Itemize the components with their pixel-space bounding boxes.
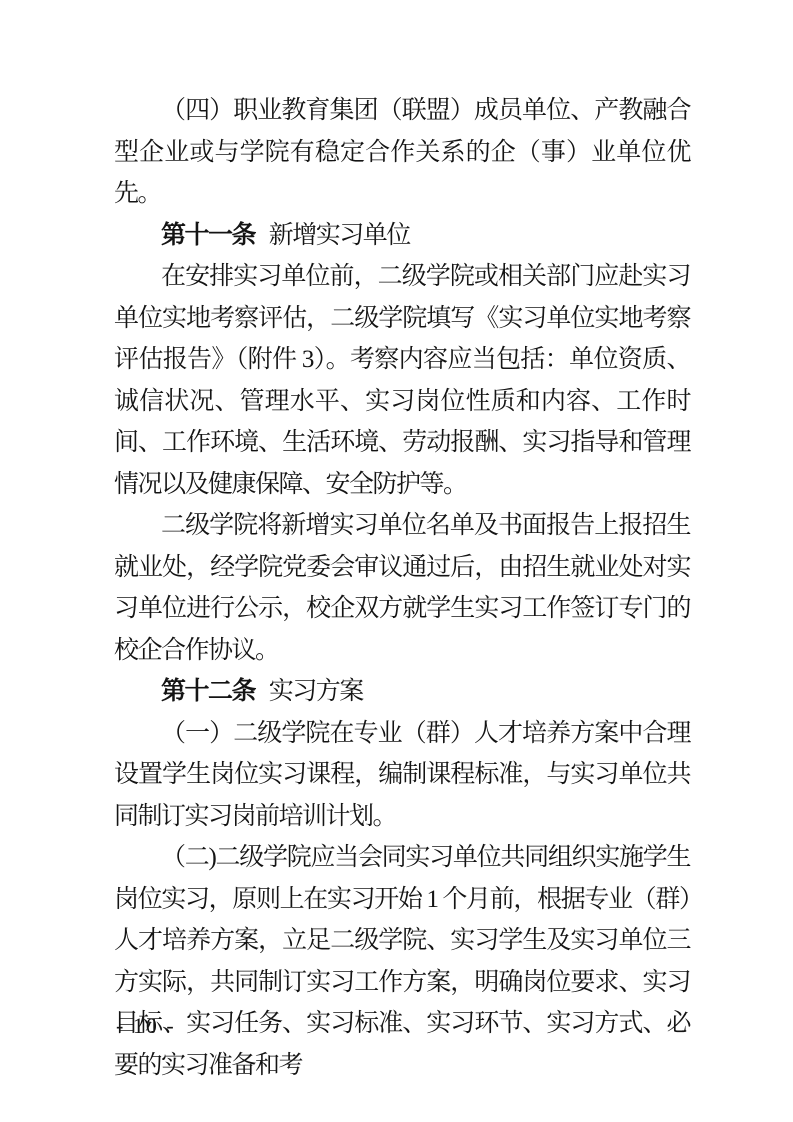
paragraph-article-11-inspection: 在安排实习单位前，二级学院或相关部门应赴实习单位实地考察评估，二级学院填写《实习…: [114, 256, 690, 505]
document-page: （四）职业教育集团（联盟）成员单位、产教融合型企业或与学院有稳定合作关系的企（事…: [0, 0, 793, 1122]
page-number: - 10 -: [116, 1012, 176, 1040]
document-body: （四）职业教育集团（联盟）成员单位、产教融合型企业或与学院有稳定合作关系的企（事…: [114, 90, 690, 1086]
paragraph-article-11-approval: 二级学院将新增实习单位名单及书面报告上报招生就业处，经学院党委会审议通过后，由招…: [114, 505, 690, 671]
paragraph-article-12-item-1: （一）二级学院在专业（群）人才培养方案中合理设置学生岗位实习课程，编制课程标准，…: [114, 713, 690, 838]
heading-article-12: 第十二条实习方案: [114, 671, 690, 713]
paragraph-clause-4: （四）职业教育集团（联盟）成员单位、产教融合型企业或与学院有稳定合作关系的企（事…: [114, 90, 690, 215]
heading-article-11: 第十一条新增实习单位: [114, 215, 690, 257]
article-12-number: 第十二条: [161, 678, 255, 705]
article-12-title: 实习方案: [269, 678, 363, 705]
article-11-title: 新增实习单位: [269, 222, 410, 249]
paragraph-article-12-item-2: （二)二级学院应当会同实习单位共同组织实施学生岗位实习，原则上在实习开始 1 个…: [114, 837, 690, 1086]
article-11-number: 第十一条: [161, 222, 255, 249]
